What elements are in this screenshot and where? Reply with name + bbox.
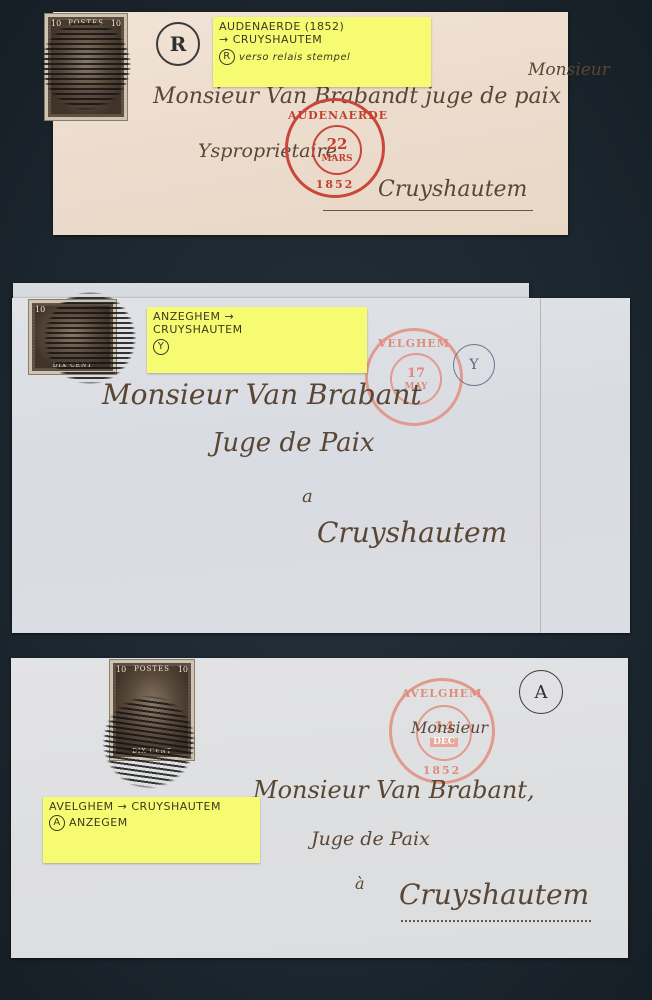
- address-line: Cruyshautem: [378, 177, 527, 202]
- address-line: Monsieur Van Brabant: [102, 378, 422, 411]
- annotation-note-2: ANZEGHEM → CRUYSHAUTEM Y: [147, 307, 367, 373]
- address-line: Juge de Paix: [212, 428, 375, 458]
- address-line: a: [302, 486, 313, 507]
- barred-cancel: [44, 292, 136, 384]
- circled-r-icon: R: [219, 49, 235, 65]
- address-underline: [401, 920, 591, 922]
- postmark-audenaerde: AUDENAERDE 22 MARS 1852: [285, 98, 385, 198]
- address-line: Monsieur: [528, 60, 610, 80]
- annotation-note-3: AVELGHEM → CRUYSHAUTEM AANZEGEM: [43, 797, 260, 863]
- address-line: Cruyshautem: [399, 878, 589, 911]
- address-line: Juge de Paix: [311, 828, 430, 850]
- address-line: Cruyshautem: [317, 516, 507, 549]
- barred-cancel: [41, 20, 131, 110]
- address-line: à: [355, 874, 365, 893]
- address-line: Monsieur Van Brabant,: [253, 776, 535, 804]
- registration-mark-a: A: [519, 670, 563, 714]
- circled-a-icon: A: [49, 815, 65, 831]
- address-underline: [323, 210, 533, 211]
- registration-mark-r: R: [156, 22, 200, 66]
- postmark-velghem: VELGHEM 17 MAY: [365, 328, 463, 426]
- address-line: Monsieur: [411, 718, 488, 737]
- cover-fold-line: [540, 298, 541, 633]
- octagonal-barred-cancel: [97, 690, 201, 794]
- registration-mark-y: Y: [453, 344, 495, 386]
- circled-y-icon: Y: [153, 339, 169, 355]
- annotation-note-1: AUDENAERDE (1852) → CRUYSHAUTEM Rverso r…: [213, 17, 431, 87]
